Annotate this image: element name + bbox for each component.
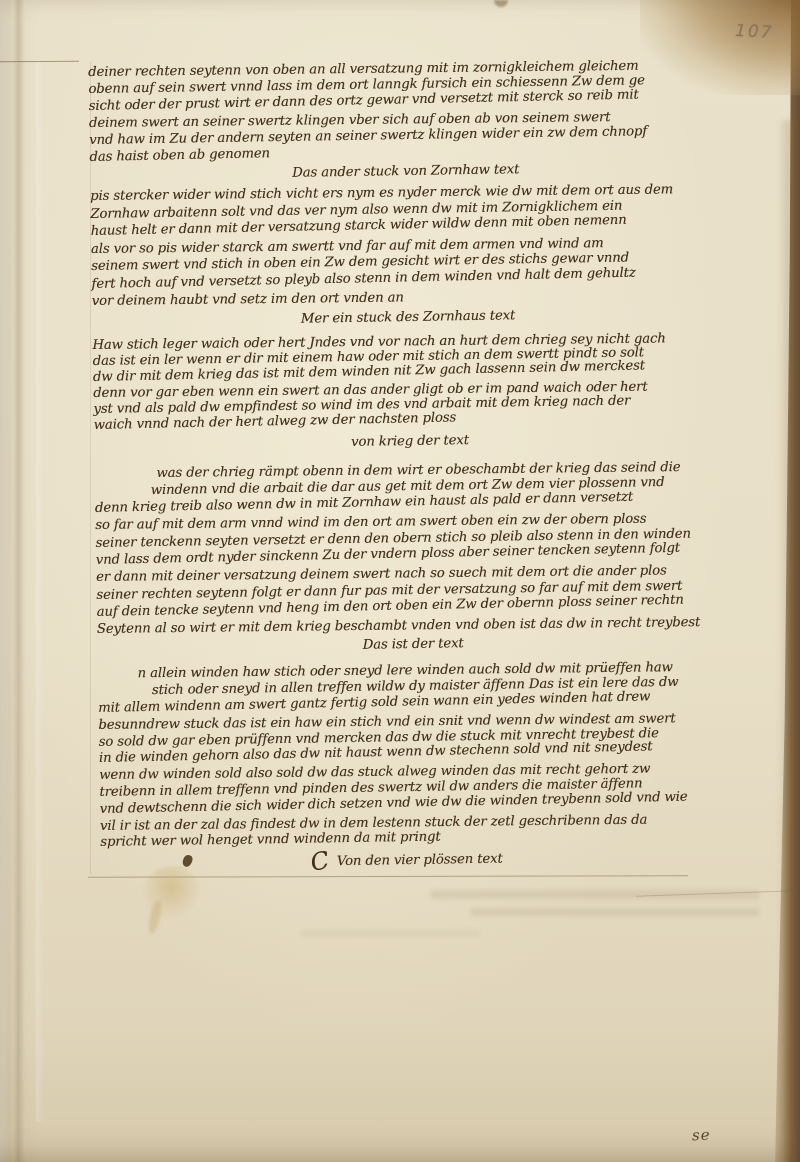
text-block-3: Haw stich leger waich oder hert Jndes vn… <box>92 328 725 434</box>
text-block-2: pis stercker wider wind stich vicht ers … <box>90 178 724 310</box>
paragraph-mark-icon: C <box>310 855 330 868</box>
show-through-smudge <box>470 908 760 916</box>
top-edge-stain <box>494 0 508 7</box>
left-page-edge <box>0 0 9 1162</box>
fold-highlight <box>36 60 44 1122</box>
text-block-1: deiner rechten seytenn von oben an all v… <box>88 54 722 166</box>
fore-edge-shadow <box>778 120 792 1162</box>
manuscript-page: 107 deiner rechten seytenn von oben an a… <box>0 0 800 1162</box>
quire-mark: se <box>692 1126 711 1145</box>
show-through-smudge <box>430 890 760 899</box>
text-block-4: was der chrieg rämpt obenn in dem wirt e… <box>94 456 729 639</box>
section-heading-vier-ploessen: CVon den vier plössen text <box>100 847 732 875</box>
heading-label: Von den vier plössen text <box>337 852 503 870</box>
text-block-5: n allein winden haw stich oder sneyd ler… <box>97 657 732 852</box>
gutter-crease <box>13 0 25 1162</box>
folio-number: 107 <box>735 21 774 43</box>
show-through-smudge <box>300 930 480 937</box>
text-column: deiner rechten seytenn von oben an all v… <box>88 54 733 877</box>
